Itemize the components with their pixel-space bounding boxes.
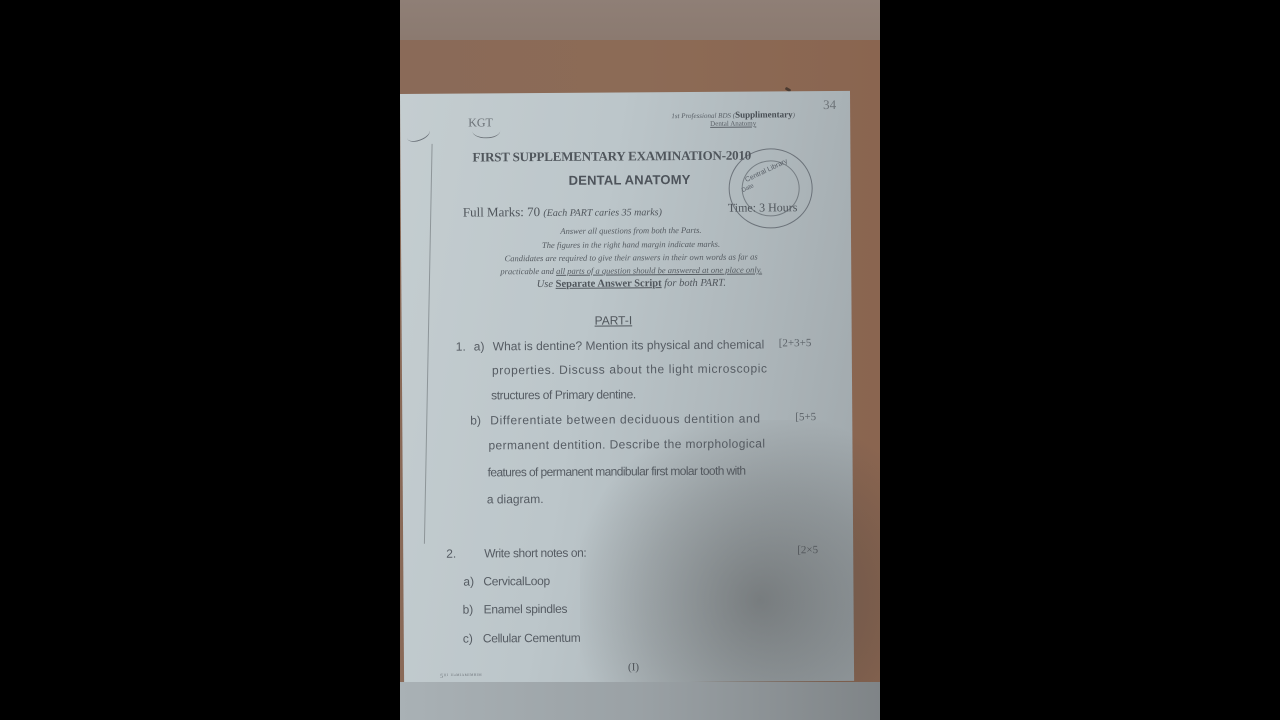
course-header: 1st Professional BDS (Supplimentary) Den…	[658, 109, 808, 128]
instruction-1: Answer all questions from both the Parts…	[441, 224, 821, 237]
course-subject: Dental Anatomy	[658, 119, 808, 128]
handwritten-page-number: 34	[823, 97, 836, 113]
question-2-prompt: Write short notes on:	[484, 546, 586, 561]
fold-line	[424, 144, 433, 544]
wall-background	[400, 0, 880, 40]
photo-frame: 34 KGT 1st Professional BDS (Supplimenta…	[400, 0, 880, 720]
question-2b-text: Enamel spindles	[484, 602, 568, 617]
question-1b-line-4: a diagram.	[487, 492, 544, 506]
institution-logo-icon: KGT	[468, 115, 504, 141]
question-1a-line-2: properties. Discuss about the light micr…	[492, 361, 768, 377]
subject-title: DENTAL ANATOMY	[569, 172, 691, 188]
question-1a-marks: [2+3+5	[779, 337, 812, 349]
question-1a-label: a)	[474, 339, 485, 353]
instruction-3: Candidates are required to give their an…	[441, 251, 821, 264]
question-2c-label: c)	[463, 632, 473, 646]
library-stamp: Central Library Date	[728, 148, 813, 229]
footer-code: 5ᴵᴵᴵ ᴵᴵᵃᴹᴵᴬᴹᴵᴹᴮᴵᴹ	[440, 673, 482, 679]
question-1a-line-1: What is dentine? Mention its physical an…	[493, 337, 765, 353]
question-2a-text: CervicalLoop	[483, 574, 550, 588]
exam-title: FIRST SUPPLEMENTARY EXAMINATION-2010	[472, 148, 751, 166]
hand-shadow	[580, 420, 880, 720]
question-1b-label: b)	[470, 413, 481, 427]
handwritten-tick-icon	[405, 124, 432, 145]
question-2c-text: Cellular Cementum	[483, 631, 581, 646]
question-2-number: 2.	[446, 547, 456, 561]
question-2a-label: a)	[463, 574, 474, 588]
part-heading: PART-I	[595, 313, 633, 327]
exam-time: Time: 3 Hours	[728, 200, 798, 215]
question-2b-label: b)	[463, 603, 474, 617]
full-marks: Full Marks: 70 (Each PART caries 35 mark…	[463, 203, 662, 220]
marks-note: (Each PART caries 35 marks)	[543, 207, 662, 219]
course-line: 1st Professional BDS (Supplimentary)	[658, 109, 808, 120]
instruction-2: The figures in the right hand margin ind…	[441, 238, 821, 251]
question-1-number: 1.	[456, 340, 466, 354]
paper-bottom-edge	[400, 682, 880, 720]
question-1a-line-3: structures of Primary dentine.	[491, 387, 636, 402]
instruction-5: Use Separate Answer Script for both PART…	[441, 277, 821, 291]
instruction-4: practicable and all parts of a question …	[441, 264, 821, 277]
logo-arc	[472, 123, 500, 138]
